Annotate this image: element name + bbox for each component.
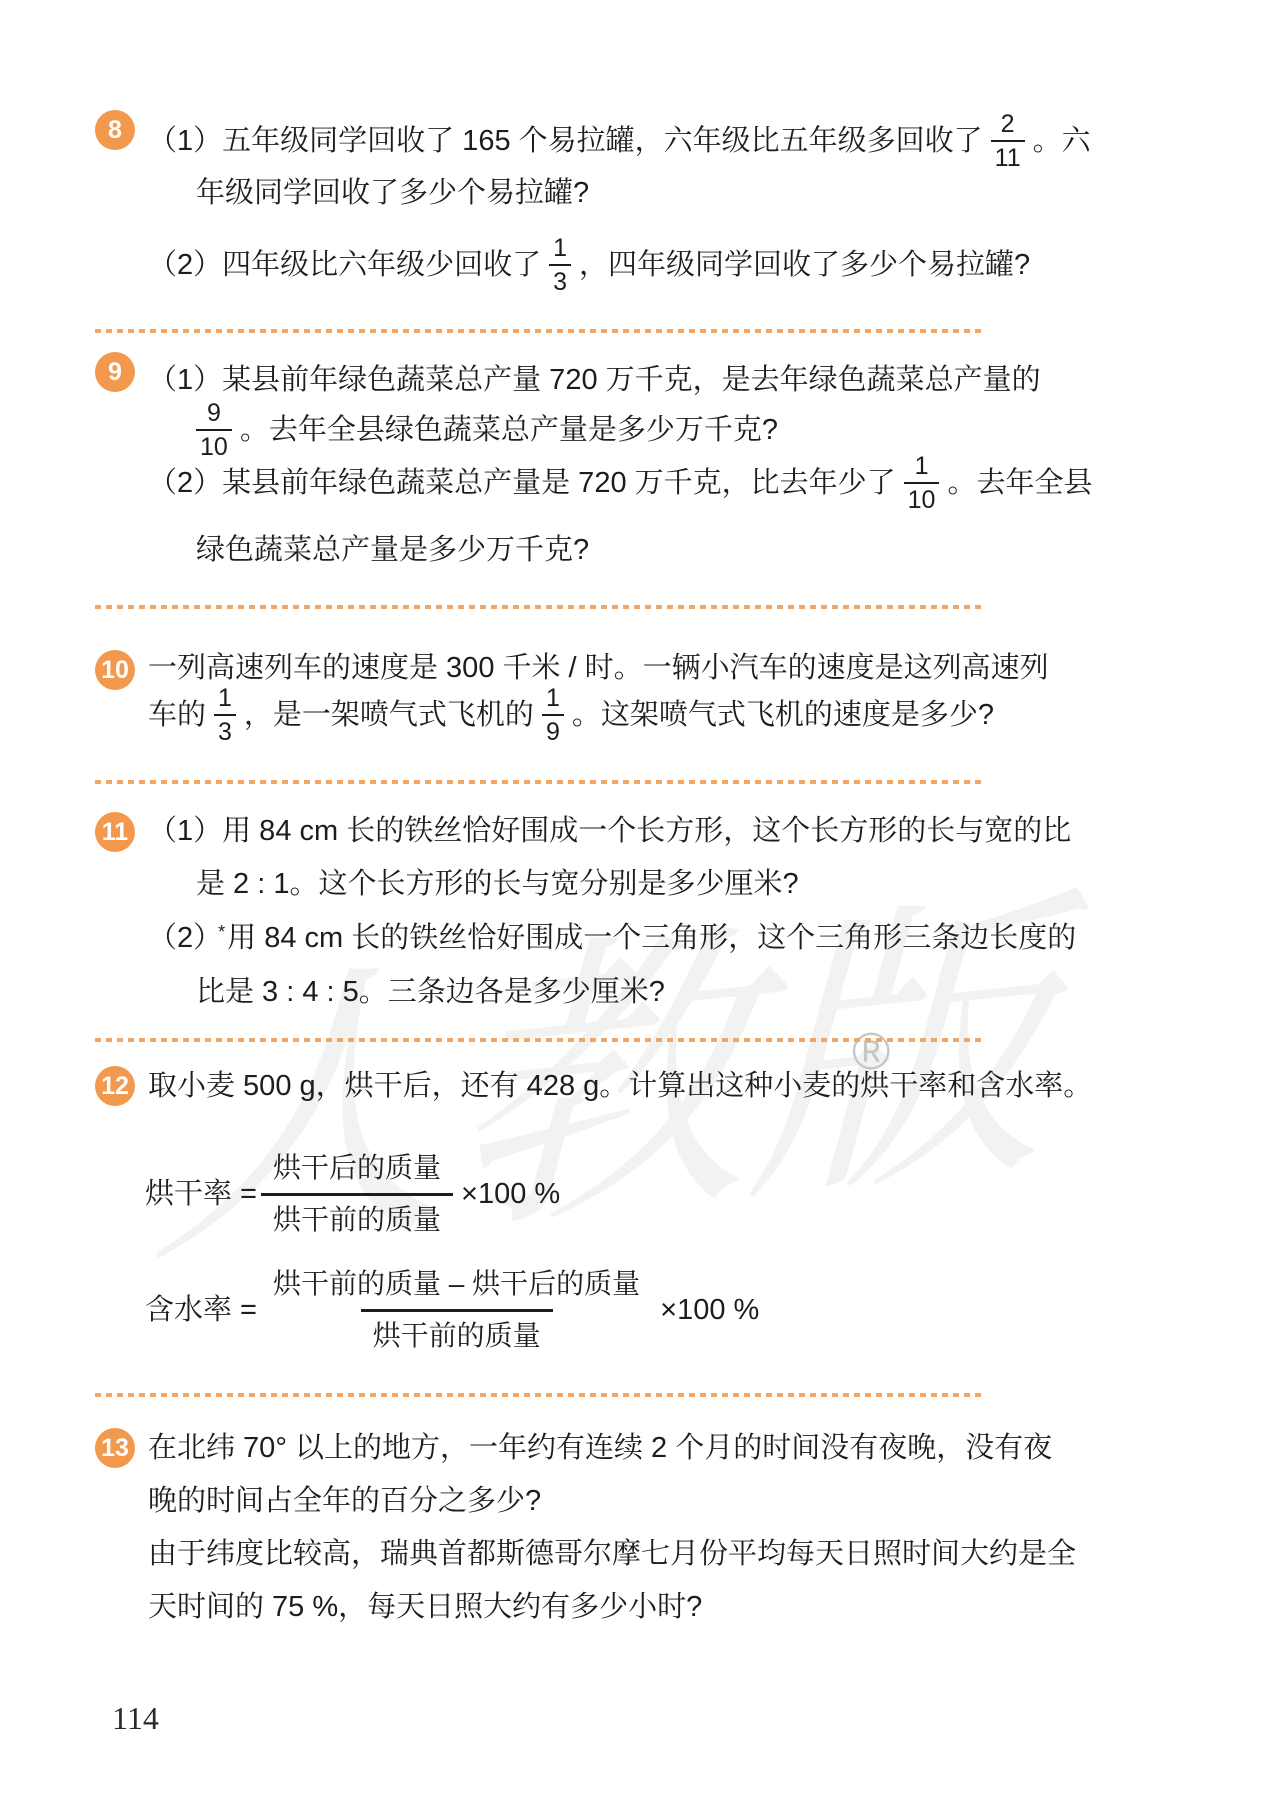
- problem-8-line-3: （2）四年级比六年级少回收了 1 3 ，四年级同学回收了多少个易拉罐?: [148, 232, 1030, 298]
- fraction-denominator: 11: [991, 140, 1025, 171]
- problem-11-badge: 11: [95, 812, 135, 852]
- dashed-separator: [95, 780, 985, 784]
- problem-8-line-3-tail: ，四年级同学回收了多少个易拉罐?: [579, 247, 1030, 283]
- fraction-denominator: 9: [542, 714, 564, 745]
- fraction-denominator: 烘干前的质量: [261, 1193, 453, 1236]
- problem-8-badge: 8: [95, 110, 135, 150]
- problem-9-line-3-tail: 。去年全县: [947, 465, 1092, 501]
- problem-9-line-3-text: （2）某县前年绿色蔬菜总产量是 720 万千克，比去年少了: [148, 465, 896, 501]
- fraction-denominator: 3: [214, 714, 236, 745]
- problem-9-badge: 9: [95, 352, 135, 392]
- fraction-numerator: 9: [203, 400, 225, 429]
- problem-10-line-1: 一列高速列车的速度是 300 千米 / 时。一辆小汽车的速度是这列高速列: [148, 650, 1049, 686]
- dashed-separator: [95, 605, 985, 609]
- fraction-numerator: 1: [214, 685, 236, 714]
- problem-11-line-3-text: 用 84 cm 长的铁丝恰好围成一个三角形，这个三角形三条边长度的: [227, 922, 1076, 954]
- formula-fraction: 烘干前的质量 – 烘干后的质量 烘干前的质量: [261, 1269, 652, 1352]
- fraction-1-9: 1 9: [542, 685, 564, 746]
- fraction-numerator: 1: [542, 685, 564, 714]
- fraction-1-10: 1 10: [904, 453, 940, 514]
- problem-13-line-3: 由于纬度比较高，瑞典首都斯德哥尔摩七月份平均每天日照时间大约是全: [148, 1536, 1076, 1572]
- problem-10-badge: 10: [95, 650, 135, 690]
- dashed-separator: [95, 1393, 985, 1397]
- problem-8-line-2: 年级同学回收了多少个易拉罐?: [196, 175, 589, 211]
- problem-10-line-2: 车的 1 3 ，是一架喷气式飞机的 1 9 。这架喷气式飞机的速度是多少?: [148, 682, 994, 748]
- problem-9-line-4: 绿色蔬菜总产量是多少万千克?: [196, 532, 589, 568]
- problem-11-line-1: （1）用 84 cm 长的铁丝恰好围成一个长方形，这个长方形的长与宽的比: [148, 813, 1071, 849]
- formula-label: 含水率 =: [145, 1292, 257, 1328]
- formula-label: 烘干率 =: [145, 1176, 257, 1212]
- fraction-denominator: 烘干前的质量: [361, 1309, 553, 1352]
- fraction-numerator: 烘干后的质量: [261, 1153, 453, 1193]
- problem-11-line-4: 比是 3 : 4 : 5。三条边各是多少厘米?: [196, 974, 665, 1010]
- problem-11-line-3: （2）*用 84 cm 长的铁丝恰好围成一个三角形，这个三角形三条边长度的: [148, 920, 1076, 956]
- formula-fraction: 烘干后的质量 烘干前的质量: [261, 1153, 453, 1236]
- optional-star-mark: *: [218, 922, 225, 942]
- problem-12-badge: 12: [95, 1066, 135, 1106]
- fraction-denominator: 3: [549, 264, 571, 295]
- drying-rate-formula: 烘干率 = 烘干后的质量 烘干前的质量 ×100 %: [145, 1148, 560, 1240]
- dashed-separator: [95, 329, 985, 333]
- fraction-1-3: 1 3: [214, 685, 236, 746]
- problem-10-line-2-text-1: 车的: [148, 697, 206, 733]
- problem-9-line-3: （2）某县前年绿色蔬菜总产量是 720 万千克，比去年少了 1 10 。去年全县: [148, 450, 1092, 516]
- problem-13-line-2: 晚的时间占全年的百分之多少?: [148, 1483, 541, 1519]
- problem-8-line-1: （1）五年级同学回收了 165 个易拉罐，六年级比五年级多回收了 2 11 。六: [148, 108, 1091, 174]
- dashed-separator: [95, 1038, 985, 1042]
- problem-8-line-3-text: （2）四年级比六年级少回收了: [148, 247, 541, 283]
- problem-11-line-2: 是 2 : 1。这个长方形的长与宽分别是多少厘米?: [196, 866, 799, 902]
- problem-9-line-2-text: 。去年全县绿色蔬菜总产量是多少万千克?: [240, 412, 778, 448]
- fraction-numerator: 2: [997, 111, 1019, 140]
- moisture-rate-formula: 含水率 = 烘干前的质量 – 烘干后的质量 烘干前的质量 ×100 %: [145, 1262, 759, 1358]
- problem-11-line-3-label: （2）: [148, 922, 222, 954]
- problem-13-badge: 13: [95, 1428, 135, 1468]
- problem-9-line-1: （1）某县前年绿色蔬菜总产量 720 万千克，是去年绿色蔬菜总产量的: [148, 362, 1041, 398]
- problem-8-line-1-tail: 。六: [1033, 123, 1091, 159]
- formula-multiplier: ×100 %: [660, 1292, 759, 1328]
- problem-10-line-2-text-2: ，是一架喷气式飞机的: [244, 697, 534, 733]
- fraction-numerator: 1: [911, 453, 933, 482]
- fraction-denominator: 10: [904, 482, 940, 513]
- page-number: 114: [112, 1700, 159, 1737]
- formula-multiplier: ×100 %: [461, 1176, 560, 1212]
- fraction-numerator: 烘干前的质量 – 烘干后的质量: [261, 1269, 652, 1309]
- problem-13-line-4: 天时间的 75 %，每天日照大约有多少小时?: [148, 1589, 702, 1625]
- fraction-1-3: 1 3: [549, 235, 571, 296]
- problem-10-line-2-text-3: 。这架喷气式飞机的速度是多少?: [572, 697, 994, 733]
- problem-8-line-1-text: （1）五年级同学回收了 165 个易拉罐，六年级比五年级多回收了: [148, 123, 983, 159]
- problem-13-line-1: 在北纬 70° 以上的地方，一年约有连续 2 个月的时间没有夜晚，没有夜: [148, 1430, 1052, 1466]
- fraction-2-11: 2 11: [991, 111, 1025, 172]
- problem-12-line-1: 取小麦 500 g，烘干后，还有 428 g。计算出这种小麦的烘干率和含水率。: [148, 1068, 1092, 1104]
- textbook-page: 人教版 ® 8 （1）五年级同学回收了 165 个易拉罐，六年级比五年级多回收了…: [0, 0, 1273, 1800]
- fraction-numerator: 1: [549, 235, 571, 264]
